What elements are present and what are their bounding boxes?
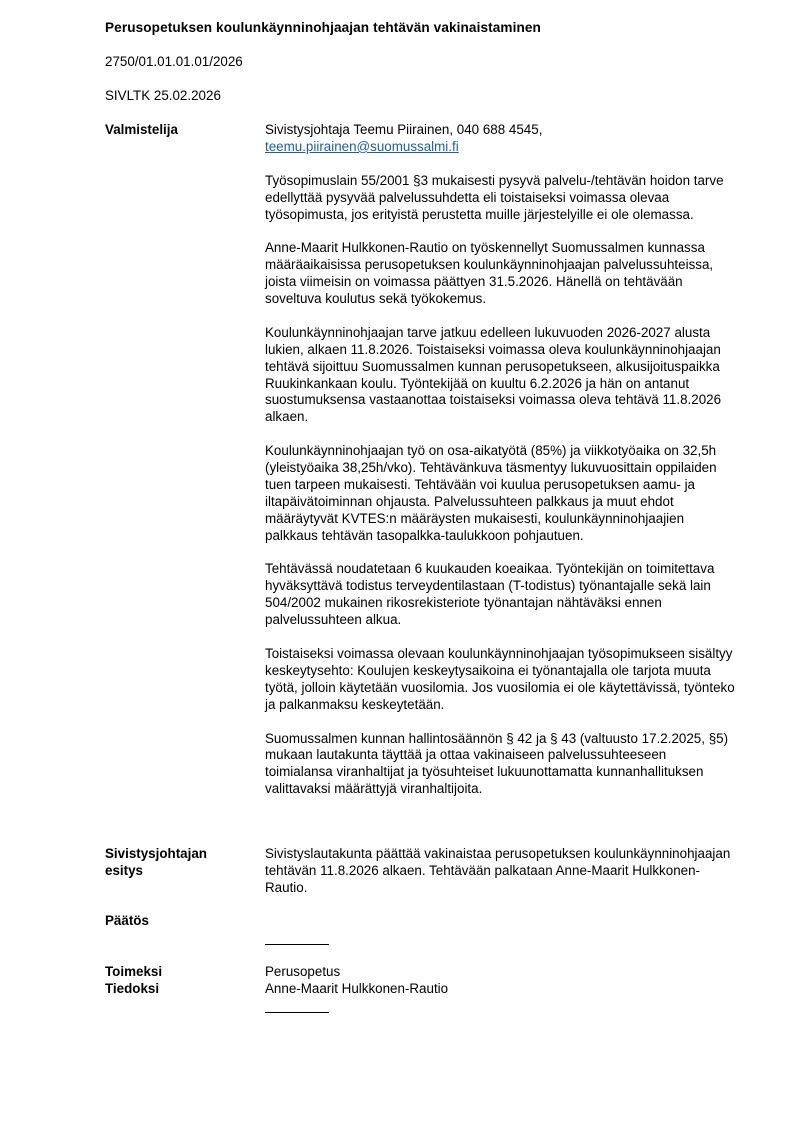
for-action-label: Toimeksi <box>105 964 162 979</box>
paragraph: Suomussalmen kunnan hallintosäännön § 42… <box>265 731 735 799</box>
for-info-value: Anne-Maarit Hulkkonen-Rautio <box>265 981 448 996</box>
meeting-info: SIVLTK 25.02.2026 <box>105 88 221 105</box>
preparer-content: Sivistysjohtaja Teemu Piirainen, 040 688… <box>265 122 735 798</box>
divider <box>265 944 329 945</box>
preparer-contact: Sivistysjohtaja Teemu Piirainen, 040 688… <box>265 122 735 156</box>
preparer-label: Valmistelija <box>105 122 255 139</box>
paragraph: Tehtävässä noudatetaan 6 kuukauden koeai… <box>265 561 735 629</box>
document-page: Perusopetuksen koulunkäynninohjaajan teh… <box>0 0 794 1122</box>
decision-rule <box>265 944 735 945</box>
preparer-contact-line: Sivistysjohtaja Teemu Piirainen, 040 688… <box>265 122 542 137</box>
paragraph: Koulunkäynninohjaajan työ on osa-aikatyö… <box>265 443 735 544</box>
proposal-text: Sivistyslautakunta päättää vakinaistaa p… <box>265 846 735 897</box>
divider <box>265 1012 329 1013</box>
decision-label: Päätös <box>105 913 255 930</box>
for-action-value: Perusopetus <box>265 964 340 979</box>
distribution-labels: Toimeksi Tiedoksi <box>105 964 255 998</box>
distribution-rule <box>265 1012 735 1013</box>
paragraph: Työsopimuslain 55/2001 §3 mukaisesti pys… <box>265 173 735 224</box>
document-title: Perusopetuksen koulunkäynninohjaajan teh… <box>105 20 541 37</box>
paragraph: Toistaiseksi voimassa olevaan koulunkäyn… <box>265 646 735 714</box>
paragraph: Anne-Maarit Hulkkonen-Rautio on työskenn… <box>265 240 735 308</box>
proposal-label: Sivistysjohtajan esitys <box>105 846 255 880</box>
paragraph: Koulunkäynninohjaajan tarve jatkuu edell… <box>265 325 735 426</box>
for-info-label: Tiedoksi <box>105 981 159 996</box>
preparer-email-link[interactable]: teemu.piirainen@suomussalmi.fi <box>265 139 459 154</box>
distribution-values: Perusopetus Anne-Maarit Hulkkonen-Rautio <box>265 964 735 998</box>
reference-number: 2750/01.01.01.01/2026 <box>105 54 243 71</box>
